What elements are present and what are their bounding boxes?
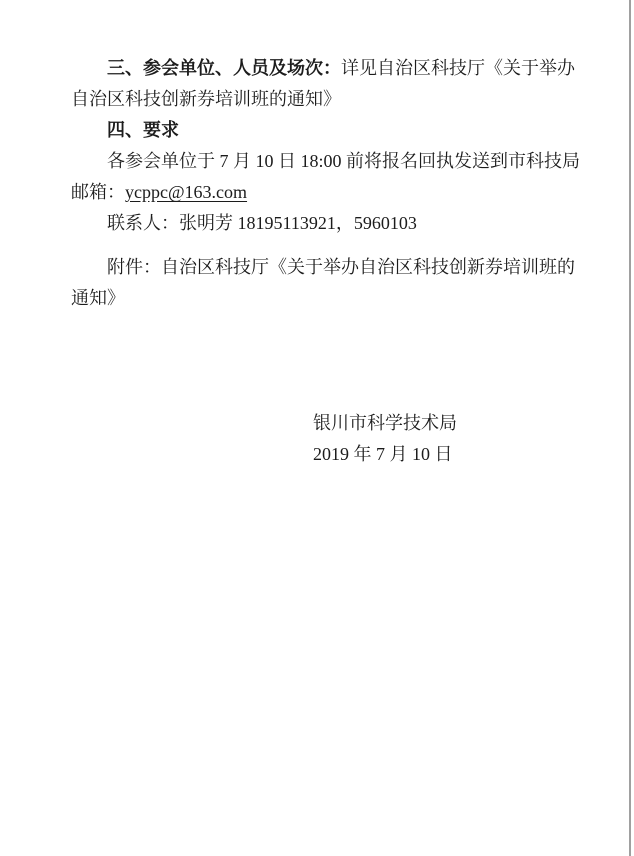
document-content: 三、参会单位、人员及场次：详见自治区科技厅《关于举办自治区科技创新券培训班的通知…	[71, 53, 583, 470]
section-4-heading: 四、要求	[71, 115, 583, 146]
page-right-edge-line	[629, 0, 631, 856]
section-3-paragraph: 三、参会单位、人员及场次：详见自治区科技厅《关于举办自治区科技创新券培训班的通知…	[71, 53, 583, 115]
section-3-heading: 三、参会单位、人员及场次：	[107, 58, 341, 78]
requirement-paragraph: 各参会单位于 7 月 10 日 18:00 前将报名回执发送到市科技局邮箱：yc…	[71, 146, 583, 208]
contact-line: 联系人：张明芳 18195113921，5960103	[71, 208, 583, 239]
email-link[interactable]: ycppc@163.com	[125, 182, 247, 202]
attachment-line: 附件：自治区科技厅《关于举办自治区科技创新券培训班的通知》	[71, 252, 583, 314]
signature-block: 银川市科学技术局 2019 年 7 月 10 日	[313, 408, 583, 470]
signature-organization: 银川市科学技术局	[313, 408, 583, 439]
document-page: 三、参会单位、人员及场次：详见自治区科技厅《关于举办自治区科技创新券培训班的通知…	[0, 0, 634, 856]
signature-date: 2019 年 7 月 10 日	[313, 439, 583, 470]
